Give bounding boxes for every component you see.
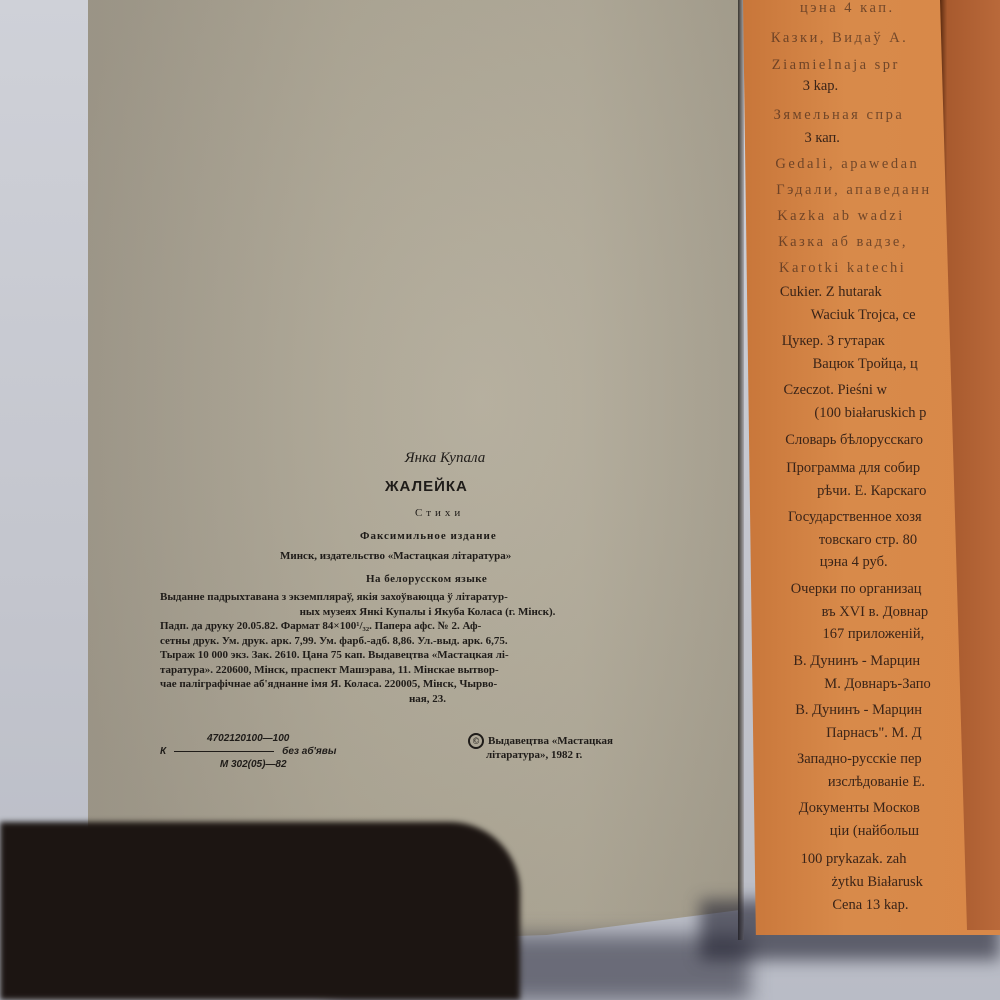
- list-entry: В. Дунинъ - Марцин: [795, 702, 922, 719]
- colophon-line: ная, 23.: [160, 692, 695, 707]
- colophon-line: чае паліграфічнае аб'яднанне імя Я. Кола…: [160, 677, 695, 692]
- colophon-line: Выданне падрыхтавана з экземпляраў, якія…: [160, 590, 695, 605]
- copyright-line-1: Выдавецтва «Мастацкая: [488, 735, 613, 747]
- list-entry: 100 prykazak. zah: [801, 851, 907, 868]
- list-entry: Ziamielnaja spr: [772, 57, 900, 74]
- list-entry: 3 кап.: [775, 130, 840, 147]
- colophon-line: Падп. да друку 20.05.82. Фармат 84×100¹/…: [160, 619, 695, 634]
- list-entry: Вацюк Тройца, ц: [783, 356, 918, 373]
- list-entry: 3 kap.: [773, 78, 838, 95]
- list-entry: рѣчи. Е. Карскаго: [787, 483, 926, 500]
- book-title: ЖАЛЕЙКА: [385, 478, 468, 495]
- list-entry: Гэдали, апаведанн: [776, 182, 931, 199]
- list-entry: Документы Москов: [799, 800, 920, 817]
- list-entry: М. Довнаръ-Запо: [794, 676, 930, 693]
- catalog-note: без аб'явы: [282, 746, 336, 757]
- language-line: На белорусском языке: [366, 573, 487, 585]
- copyright-notice: ©Выдавецтва «Мастацкая літаратура», 1982…: [468, 733, 613, 761]
- catalog-code-prefix: К: [160, 746, 166, 757]
- fraction-bar: [174, 751, 274, 752]
- list-entry: цэна 4 руб.: [790, 554, 888, 571]
- list-entry: Gedali, apawedan: [775, 156, 919, 173]
- colophon-line: сетны друк. Ум. друк. арк. 7,99. Ум. фар…: [160, 634, 695, 649]
- list-entry: (100 białaruskich p: [784, 405, 926, 422]
- book-genre: Стихи: [415, 507, 464, 519]
- list-entry: Очерки по организац: [791, 581, 922, 598]
- list-entry: Западно-русскіе пер: [797, 751, 922, 768]
- publisher-line: Минск, издательство «Мастацкая літаратур…: [280, 550, 511, 562]
- catalog-code: 4702120100—100 К без аб'явы М 302(05)—82: [160, 733, 336, 770]
- edition-type: Факсимильное издание: [360, 530, 497, 542]
- author-name: Янка Купала: [375, 450, 515, 467]
- list-entry: Зямельная спра: [774, 107, 905, 124]
- hand-shadow: [0, 822, 520, 1000]
- list-entry: Государственное хозя: [788, 509, 922, 526]
- list-entry: Парнасъ". М. Д: [796, 725, 922, 742]
- colophon: Выданне падрыхтавана з экземпляраў, якія…: [160, 590, 695, 706]
- colophon-line: таратура». 220600, Мінск, праспект Машэр…: [160, 663, 695, 678]
- list-entry: Cena 13 kap.: [802, 897, 908, 914]
- list-entry: Цукер. З гутарак: [782, 333, 885, 350]
- colophon-line: Тыраж 10 000 экз. Зак. 2610. Цана 75 кап…: [160, 648, 695, 663]
- catalog-code-top: 4702120100—100: [160, 733, 336, 744]
- list-entry: Казка аб вадзе,: [778, 234, 908, 251]
- list-entry: Karotki katechi: [779, 260, 906, 277]
- list-entry: Программа для собир: [786, 460, 920, 477]
- list-entry: Cukier. Z hutarak: [780, 284, 882, 301]
- list-entry: Kazka ab wadzi: [777, 208, 905, 225]
- list-entry: въ XVI в. Довнар: [792, 604, 929, 621]
- colophon-line: ных музеях Янкі Купалы і Якуба Коласа (г…: [160, 605, 695, 620]
- list-entry: Czeczot. Pieśni w: [784, 382, 888, 399]
- copyright-icon: ©: [468, 733, 484, 749]
- list-entry: В. Дунинъ - Марцин: [793, 653, 920, 670]
- list-entry: Waciuk Trojca, ce: [781, 307, 916, 324]
- copyright-line-2: літаратура», 1982 г.: [468, 749, 613, 761]
- list-entry: Словарь бѣлорусскаго: [785, 432, 923, 449]
- list-entry: цэна 4 кап.: [770, 0, 895, 17]
- list-entry: 167 приложеній,: [793, 626, 925, 643]
- page-edge: [738, 0, 744, 940]
- list-entry: ціи (найбольш: [800, 823, 919, 840]
- list-entry: товскаго стр. 80: [789, 532, 917, 549]
- list-entry: żytku Białarusk: [802, 874, 923, 891]
- list-entry: Казки, Видаў А.: [771, 30, 908, 47]
- catalog-code-bottom: М 302(05)—82: [170, 759, 336, 770]
- list-entry: изслѣдованіе Е.: [798, 774, 925, 791]
